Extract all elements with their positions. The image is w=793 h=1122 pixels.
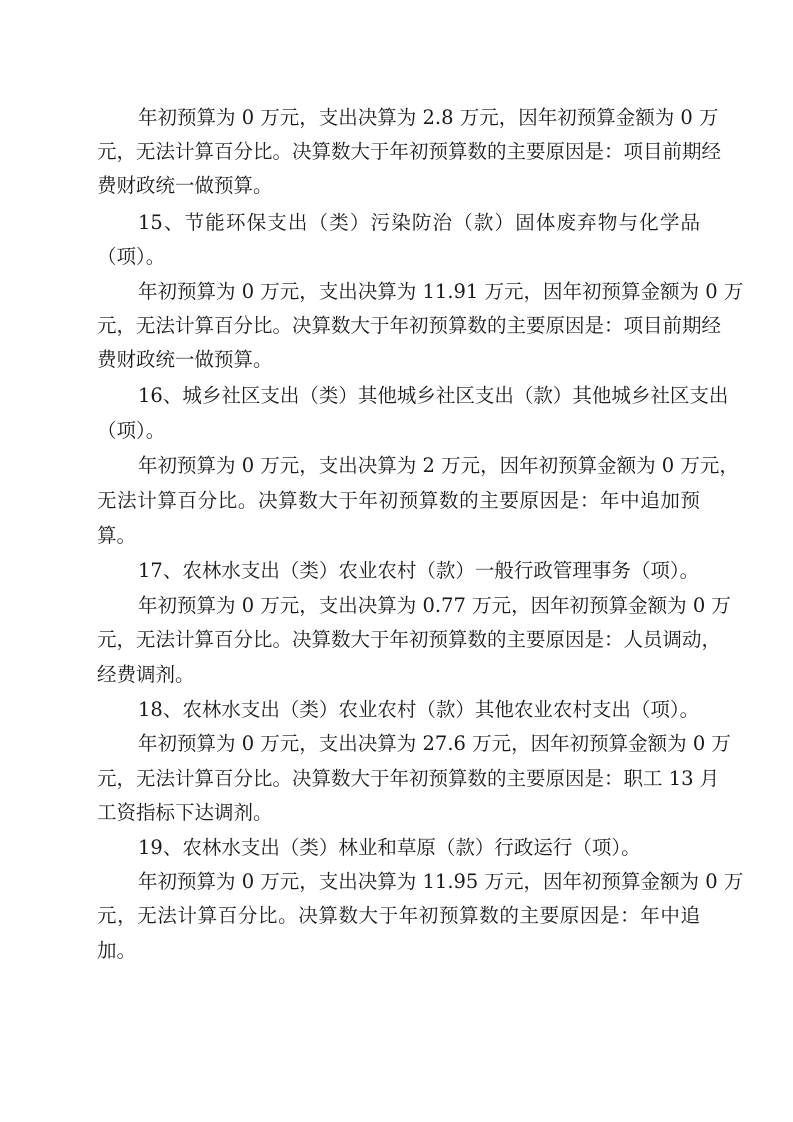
paragraph-line: 工资指标下达调剂。 bbox=[97, 800, 700, 826]
paragraph-line: 元，无法计算百分比。决算数大于年初预算数的主要原因是：年中追 bbox=[97, 903, 700, 929]
section-heading-line: 16、城乡社区支出（类）其他城乡社区支出（款）其他城乡社区支出 bbox=[138, 383, 700, 409]
paragraph-line: 年初预算为 0 万元，支出决算为 27.6 万元，因年初预算金额为 0 万 bbox=[138, 731, 700, 757]
paragraph-line: 算。 bbox=[97, 523, 700, 549]
paragraph-line: 费财政统一做预算。 bbox=[97, 173, 700, 199]
paragraph-line: 元，无法计算百分比。决算数大于年初预算数的主要原因是：人员调动， bbox=[97, 627, 700, 653]
paragraph-line: 元，无法计算百分比。决算数大于年初预算数的主要原因是：项目前期经 bbox=[97, 139, 700, 165]
paragraph-line: 年初预算为 0 万元，支出决算为 2.8 万元，因年初预算金额为 0 万 bbox=[138, 105, 700, 131]
section-heading-line: （项）。 bbox=[97, 244, 700, 270]
paragraph-line: 费财政统一做预算。 bbox=[97, 347, 700, 373]
paragraph-line: 经费调剂。 bbox=[97, 662, 700, 688]
paragraph-line: 元，无法计算百分比。决算数大于年初预算数的主要原因是：项目前期经 bbox=[97, 313, 700, 339]
paragraph-line: 年初预算为 0 万元，支出决算为 11.95 万元，因年初预算金额为 0 万 bbox=[138, 869, 700, 895]
document-page: 年初预算为 0 万元，支出决算为 2.8 万元，因年初预算金额为 0 万 元，无… bbox=[0, 0, 793, 1122]
section-heading-line: 15、节能环保支出（类）污染防治（款）固体废弃物与化学品 bbox=[138, 210, 700, 236]
paragraph-line: 年初预算为 0 万元，支出决算为 2 万元，因年初预算金额为 0 万元， bbox=[138, 453, 700, 479]
section-heading-line: 19、农林水支出（类）林业和草原（款）行政运行（项）。 bbox=[138, 835, 700, 861]
section-heading-line: （项）。 bbox=[97, 418, 700, 444]
paragraph-line: 元，无法计算百分比。决算数大于年初预算数的主要原因是：职工 13 月 bbox=[97, 766, 700, 792]
paragraph-line: 年初预算为 0 万元，支出决算为 11.91 万元，因年初预算金额为 0 万 bbox=[138, 279, 700, 305]
section-heading-line: 17、农林水支出（类）农业农村（款）一般行政管理事务（项）。 bbox=[138, 558, 700, 584]
paragraph-line: 无法计算百分比。决算数大于年初预算数的主要原因是：年中追加预 bbox=[97, 488, 700, 514]
paragraph-line: 加。 bbox=[97, 938, 700, 964]
section-heading-line: 18、农林水支出（类）农业农村（款）其他农业农村支出（项）。 bbox=[138, 697, 700, 723]
paragraph-line: 年初预算为 0 万元，支出决算为 0.77 万元，因年初预算金额为 0 万 bbox=[138, 593, 700, 619]
